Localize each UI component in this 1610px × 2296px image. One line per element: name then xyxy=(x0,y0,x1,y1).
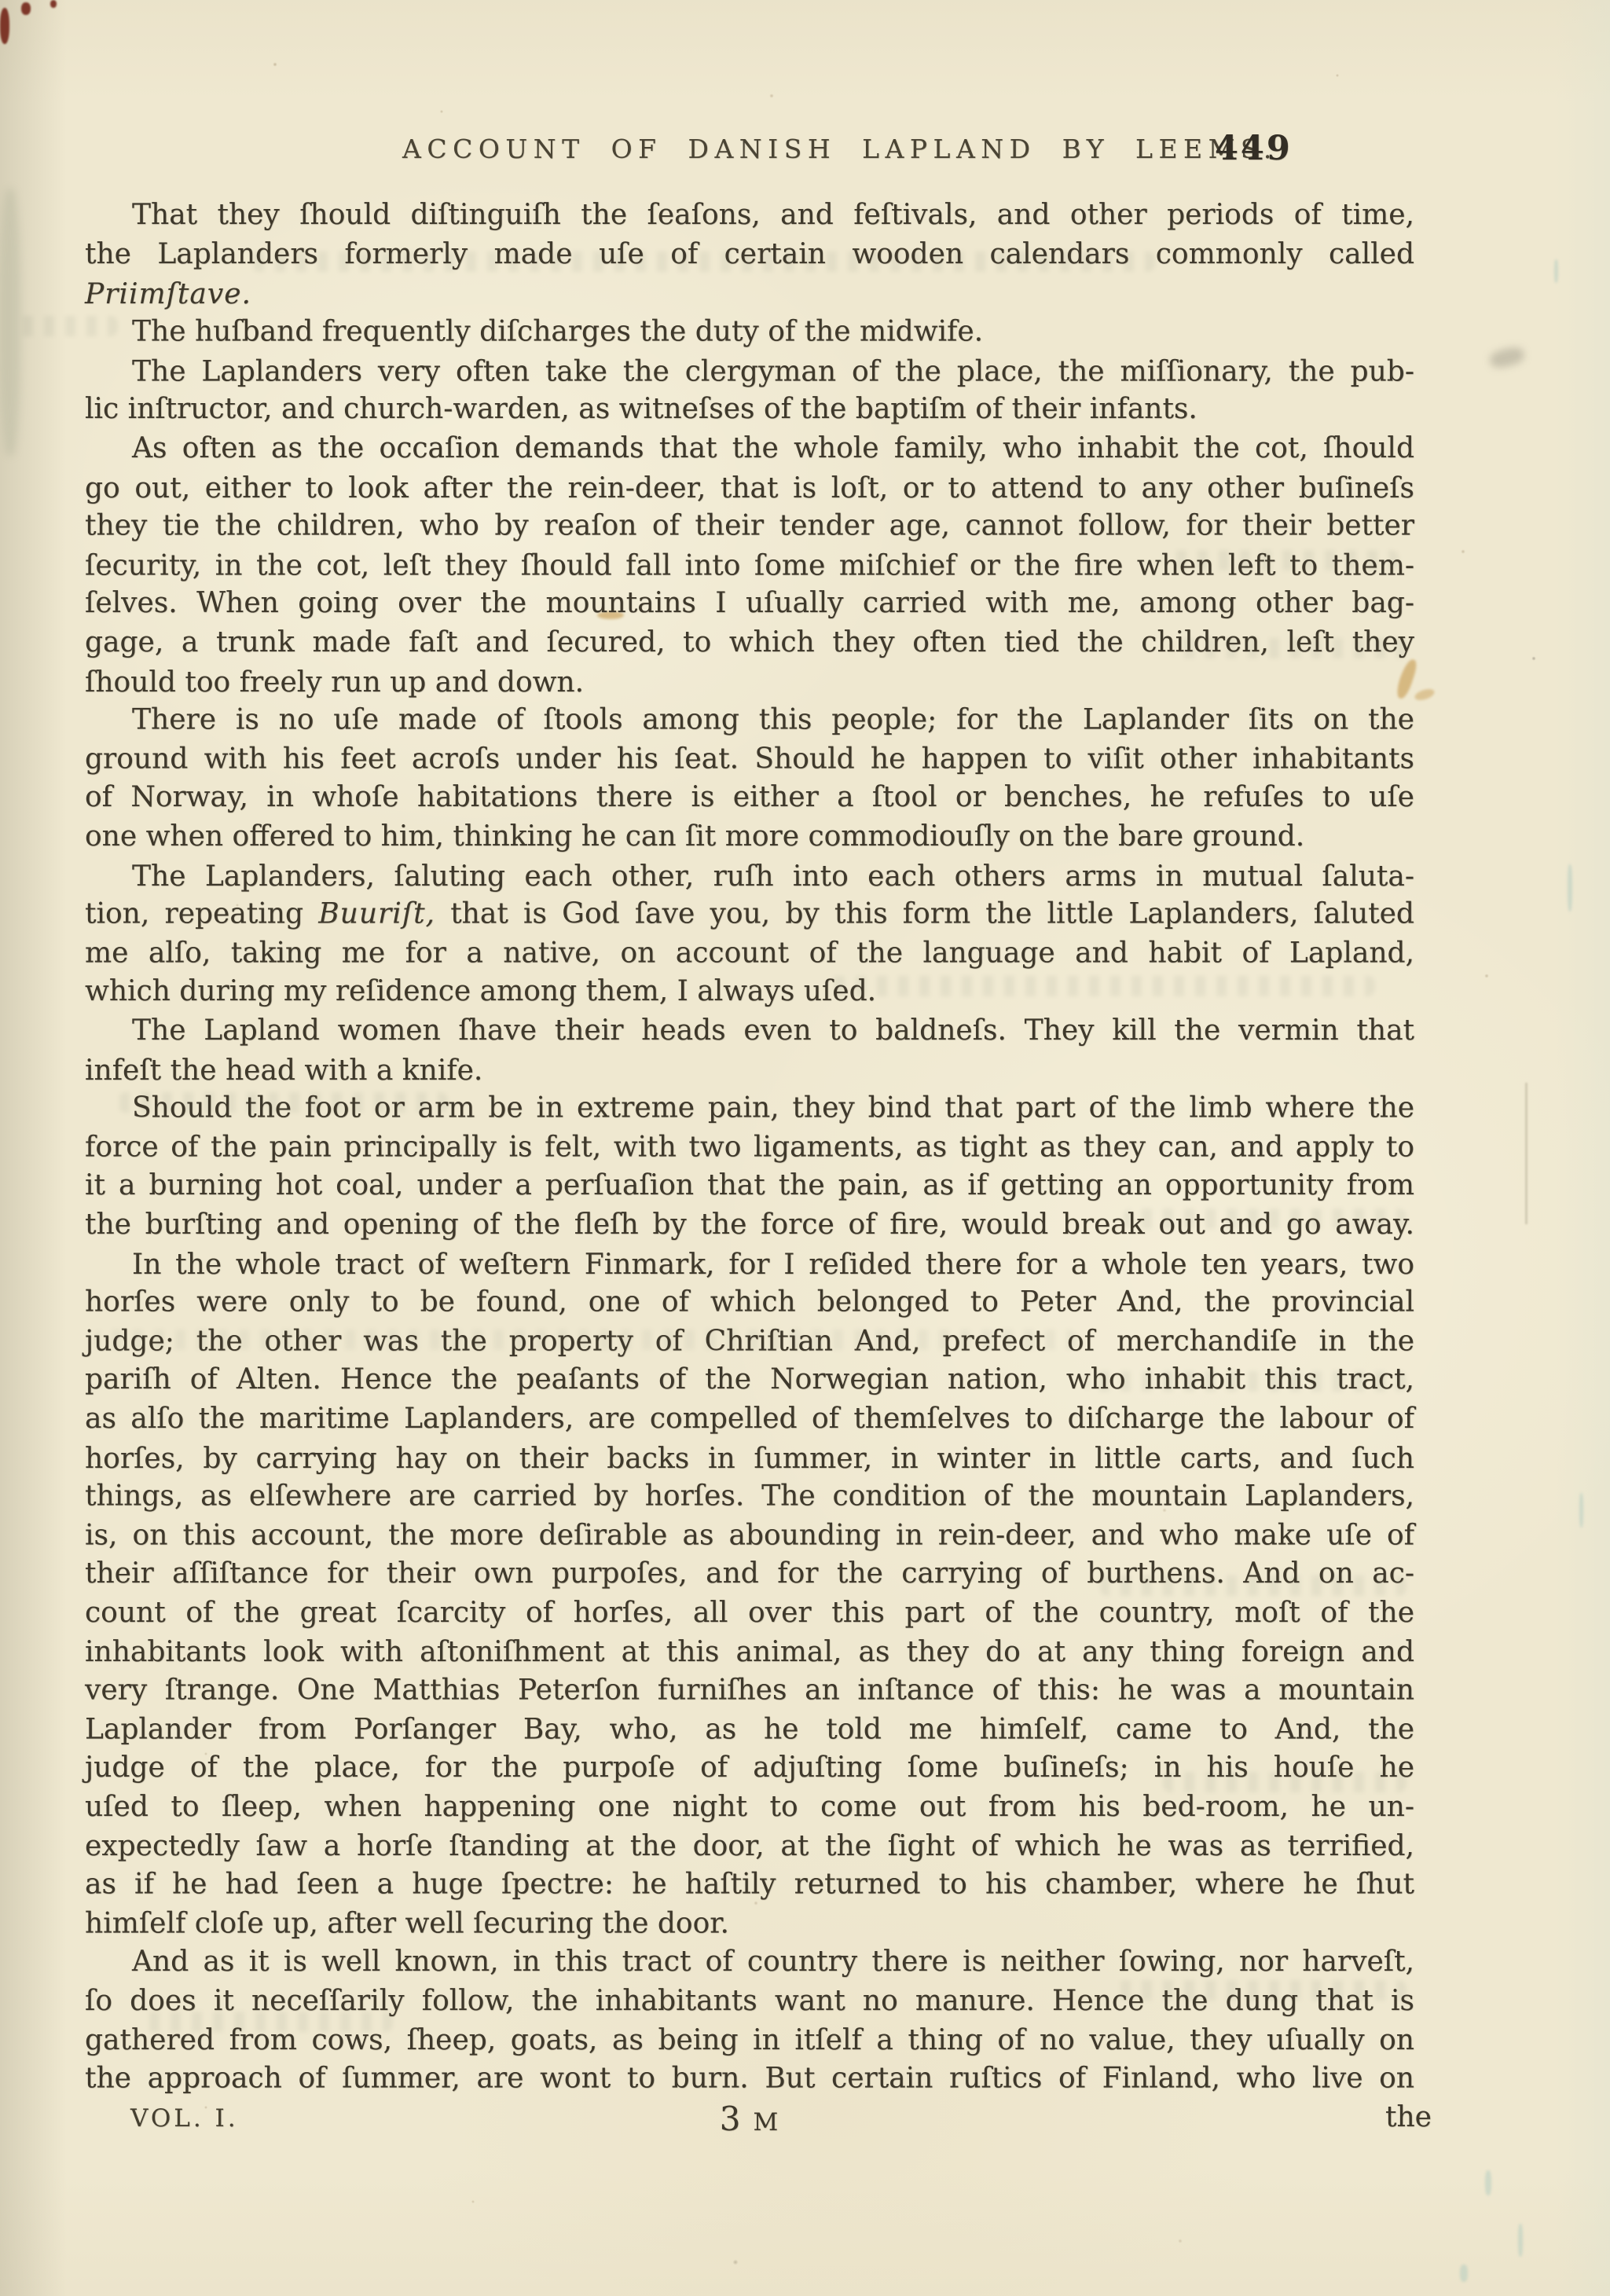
red-ink-speck xyxy=(50,0,57,8)
text-line: And as it is well known, in this tract o… xyxy=(85,1942,1414,1981)
text-line: Should the foot or arm be in extreme pai… xyxy=(85,1088,1414,1127)
signature-letter: M xyxy=(753,2108,779,2136)
text-line: very ſtrange. One Matthias Peterſon furn… xyxy=(85,1671,1414,1709)
text-line: The Laplanders, ſaluting each other, ruſ… xyxy=(85,857,1414,896)
text-line: ſecurity, in the cot, leſt they ſhould f… xyxy=(85,546,1414,585)
text-line: The Lapland women ſhave their heads even… xyxy=(85,1011,1414,1050)
paper-stain xyxy=(1414,687,1436,702)
text-line: of Norway, in whoſe habitations there is… xyxy=(85,778,1414,816)
text-line: is, on this account, the more deſirable … xyxy=(85,1517,1414,1555)
paper-fleck xyxy=(1518,2224,1523,2257)
text-line: The Laplanders very often take the clerg… xyxy=(85,352,1414,391)
text-line: one when offered to him, thinking he can… xyxy=(85,817,1414,856)
text-line: judge of the place, for the purpoſe of a… xyxy=(85,1748,1414,1787)
text-line: judge; the other was the property of Chr… xyxy=(85,1322,1414,1361)
volume-label: VOL. I. xyxy=(130,2104,239,2133)
pencil-mark xyxy=(1488,345,1526,370)
text-line: horſes, by carrying hay on their backs i… xyxy=(85,1440,1414,1478)
text-line: the burſting and opening of the fleſh by… xyxy=(85,1205,1414,1244)
text-line: their aſſiſtance for their own purpoſes,… xyxy=(85,1554,1414,1593)
text-line: himſelf cloſe up, after well ſecuring th… xyxy=(85,1905,1414,1943)
text-line: the Laplanders formerly made uſe of cert… xyxy=(85,235,1414,273)
text-line: expectedly ſaw a horſe ſtanding at the d… xyxy=(85,1827,1414,1865)
paper-fleck xyxy=(1460,2265,1468,2282)
text-line: tion, repeating Buuriſt, that is God ſav… xyxy=(85,895,1414,933)
red-ink-speck xyxy=(0,8,9,44)
text-line: ſo does it neceſſarily follow, the inhab… xyxy=(85,1982,1414,2020)
text-line: gathered from cows, ſheep, goats, as bei… xyxy=(85,2021,1414,2059)
book-page-scan: ACCOUNT OF DANISH LAPLAND BY LEEMS. 449 … xyxy=(0,0,1610,2296)
text-line: ſhould too freely run up and down. xyxy=(85,663,1414,702)
text-line: count of the great ſcarcity of horſes, a… xyxy=(85,1594,1414,1632)
text-line: There is no uſe made of ſtools among thi… xyxy=(85,701,1414,739)
text-line: as alſo the maritime Laplanders, are com… xyxy=(85,1399,1414,1438)
signature-mark: 3M xyxy=(720,2100,779,2138)
page-footer: VOL. I. 3M the xyxy=(85,2100,1414,2155)
text-line: which during my reſidence among them, I … xyxy=(85,972,1414,1010)
text-line: as if he had ſeen a huge ſpectre: he haſ… xyxy=(85,1865,1414,1903)
signature-number: 3 xyxy=(720,2100,741,2138)
catchword: the xyxy=(1385,2101,1432,2133)
text-line: In the whole tract of weſtern Finmark, f… xyxy=(85,1245,1414,1284)
text-line: Laplander from Porſanger Bay, who, as he… xyxy=(85,1711,1414,1749)
page-body-text: That they ſhould diſtinguiſh the ſeaſons… xyxy=(85,196,1414,2098)
paper-fleck xyxy=(1485,2170,1491,2195)
text-line: gage, a trunk made faſt and ſecured, to … xyxy=(85,623,1414,662)
text-line: That they ſhould diſtinguiſh the ſeaſons… xyxy=(85,196,1414,234)
text-line: Priimſtave. xyxy=(85,275,1414,314)
page-header: ACCOUNT OF DANISH LAPLAND BY LEEMS. 449 xyxy=(85,134,1414,181)
page-number: 449 xyxy=(1215,129,1293,168)
text-line: lic inſtructor, and church-warden, as wi… xyxy=(85,390,1414,428)
gutter-smudge xyxy=(0,189,20,456)
text-line: inhabitants look with aſtoniſhment at th… xyxy=(85,1633,1414,1671)
text-line: go out, either to look after the rein-de… xyxy=(85,469,1414,508)
text-line: the approach of ſummer, are wont to burn… xyxy=(85,2059,1414,2097)
paper-fleck xyxy=(1554,259,1558,283)
red-ink-speck xyxy=(21,2,31,15)
text-line: me alſo, taking me for a native, on acco… xyxy=(85,934,1414,973)
text-line: As often as the occaſion demands that th… xyxy=(85,429,1414,468)
running-header-title: ACCOUNT OF DANISH LAPLAND BY LEEMS. xyxy=(402,134,1278,164)
text-line: uſed to ſleep, when happening one night … xyxy=(85,1788,1414,1826)
text-line: ground with his feet acroſs under his ſe… xyxy=(85,740,1414,779)
text-line: it a burning hot coal, under a perſuaſio… xyxy=(85,1166,1414,1205)
text-line: things, as elſewhere are carried by horſ… xyxy=(85,1476,1414,1515)
paper-fleck xyxy=(1579,1493,1583,1528)
text-line: they tie the children, who by reaſon of … xyxy=(85,507,1414,545)
text-line: force of the pain principally is felt, w… xyxy=(85,1128,1414,1167)
text-line: pariſh of Alten. Hence the peaſants of t… xyxy=(85,1360,1414,1399)
text-line: The huſband frequently diſcharges the du… xyxy=(85,313,1414,351)
text-line: infeſt the head with a knife. xyxy=(85,1051,1414,1090)
text-line: ſelves. When going over the mountains I … xyxy=(85,584,1414,622)
text-line: horſes were only to be found, one of whi… xyxy=(85,1282,1414,1321)
paper-fleck xyxy=(1568,864,1572,911)
paper-crease xyxy=(1525,1083,1527,1224)
